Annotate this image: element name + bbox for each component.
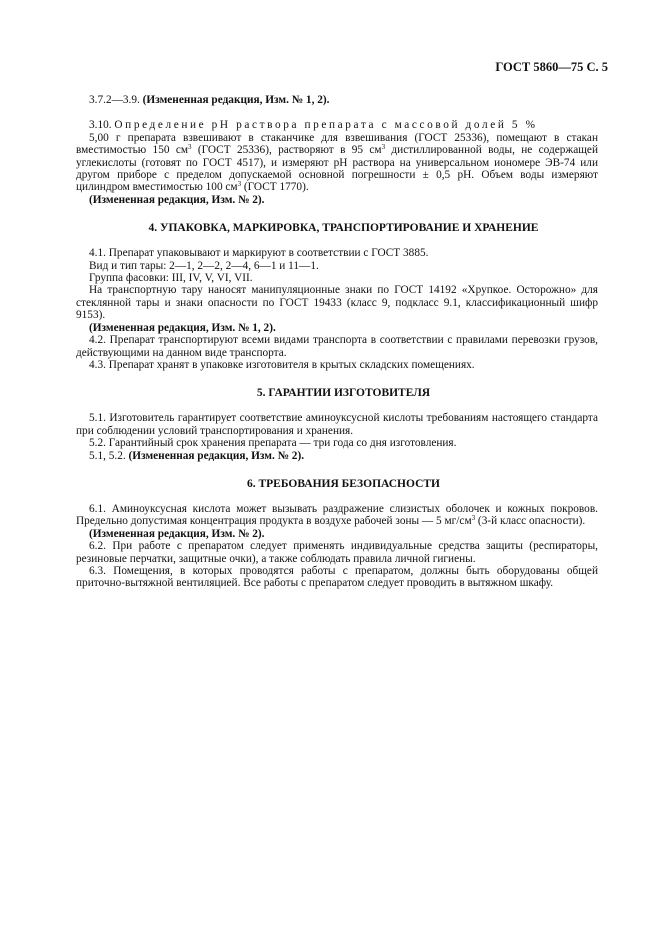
clause-3-7-2: 3.7.2—3.9. (Измененная редакция, Изм. № … bbox=[89, 94, 598, 106]
clause-3-10-body: 5,00 г препарата взвешивают в стаканчике… bbox=[76, 132, 598, 194]
clause-title: Определение pH раствора препарата с масс… bbox=[114, 119, 537, 131]
clause-5-1: 5.1. Изготовитель гарантирует соответств… bbox=[76, 412, 598, 437]
body-text: (ГОСТ 25336), растворяют в 95 см bbox=[192, 144, 382, 156]
body-text: (3-й класс опасности). bbox=[475, 515, 585, 527]
body-text: (ГОСТ 1770). bbox=[241, 181, 309, 193]
clause-6-3: 6.3. Помещения, в которых проводятся раб… bbox=[76, 565, 598, 590]
container-types: Вид и тип тары: 2—1, 2—2, 2—4, 6—1 и 11—… bbox=[89, 260, 598, 272]
section-heading-6: 6. ТРЕБОВАНИЯ БЕЗОПАСНОСТИ bbox=[89, 478, 598, 491]
clause-number: 3.10. bbox=[89, 119, 114, 131]
clause-4-2: 4.2. Препарат транспортируют всеми видам… bbox=[76, 334, 598, 359]
clause-6-1: 6.1. Аминоуксусная кислота может вызыват… bbox=[76, 503, 598, 528]
marking-text: На транспортную тару наносят манипуляцио… bbox=[76, 284, 598, 321]
clause-number: 5.1, 5.2. bbox=[89, 450, 129, 462]
amendment-note: (Измененная редакция, Изм. № 2). bbox=[89, 194, 598, 206]
amendment-note: (Измененная редакция, Изм. № 2). bbox=[129, 450, 304, 462]
section-heading-4: 4. УПАКОВКА, МАРКИРОВКА, ТРАНСПОРТИРОВАН… bbox=[89, 222, 598, 235]
amendment-note: (Измененная редакция, Изм. № 1, 2). bbox=[89, 322, 598, 334]
clause-4-3: 4.3. Препарат хранят в упаковке изготови… bbox=[89, 359, 598, 371]
clause-number: 3.7.2—3.9. bbox=[89, 94, 143, 106]
amendment-note: (Измененная редакция, Изм. № 1, 2). bbox=[143, 94, 330, 106]
clause-4-1: 4.1. Препарат упаковывают и маркируют в … bbox=[89, 247, 598, 259]
section-heading-5: 5. ГАРАНТИИ ИЗГОТОВИТЕЛЯ bbox=[89, 387, 598, 400]
clause-5-1-5-2-amend: 5.1, 5.2. (Измененная редакция, Изм. № 2… bbox=[89, 450, 598, 462]
page-header: ГОСТ 5860—75 С. 5 bbox=[495, 60, 608, 75]
clause-5-2: 5.2. Гарантийный срок хранения препарата… bbox=[89, 437, 598, 449]
packing-group: Группа фасовки: III, IV, V, VI, VII. bbox=[89, 272, 598, 284]
clause-3-10-title: 3.10. Определение pH раствора препарата … bbox=[89, 119, 598, 131]
clause-6-2: 6.2. При работе с препаратом следует при… bbox=[76, 540, 598, 565]
amendment-note: (Измененная редакция, Изм. № 2). bbox=[89, 528, 598, 540]
document-body: 3.7.2—3.9. (Измененная редакция, Изм. № … bbox=[89, 94, 598, 590]
